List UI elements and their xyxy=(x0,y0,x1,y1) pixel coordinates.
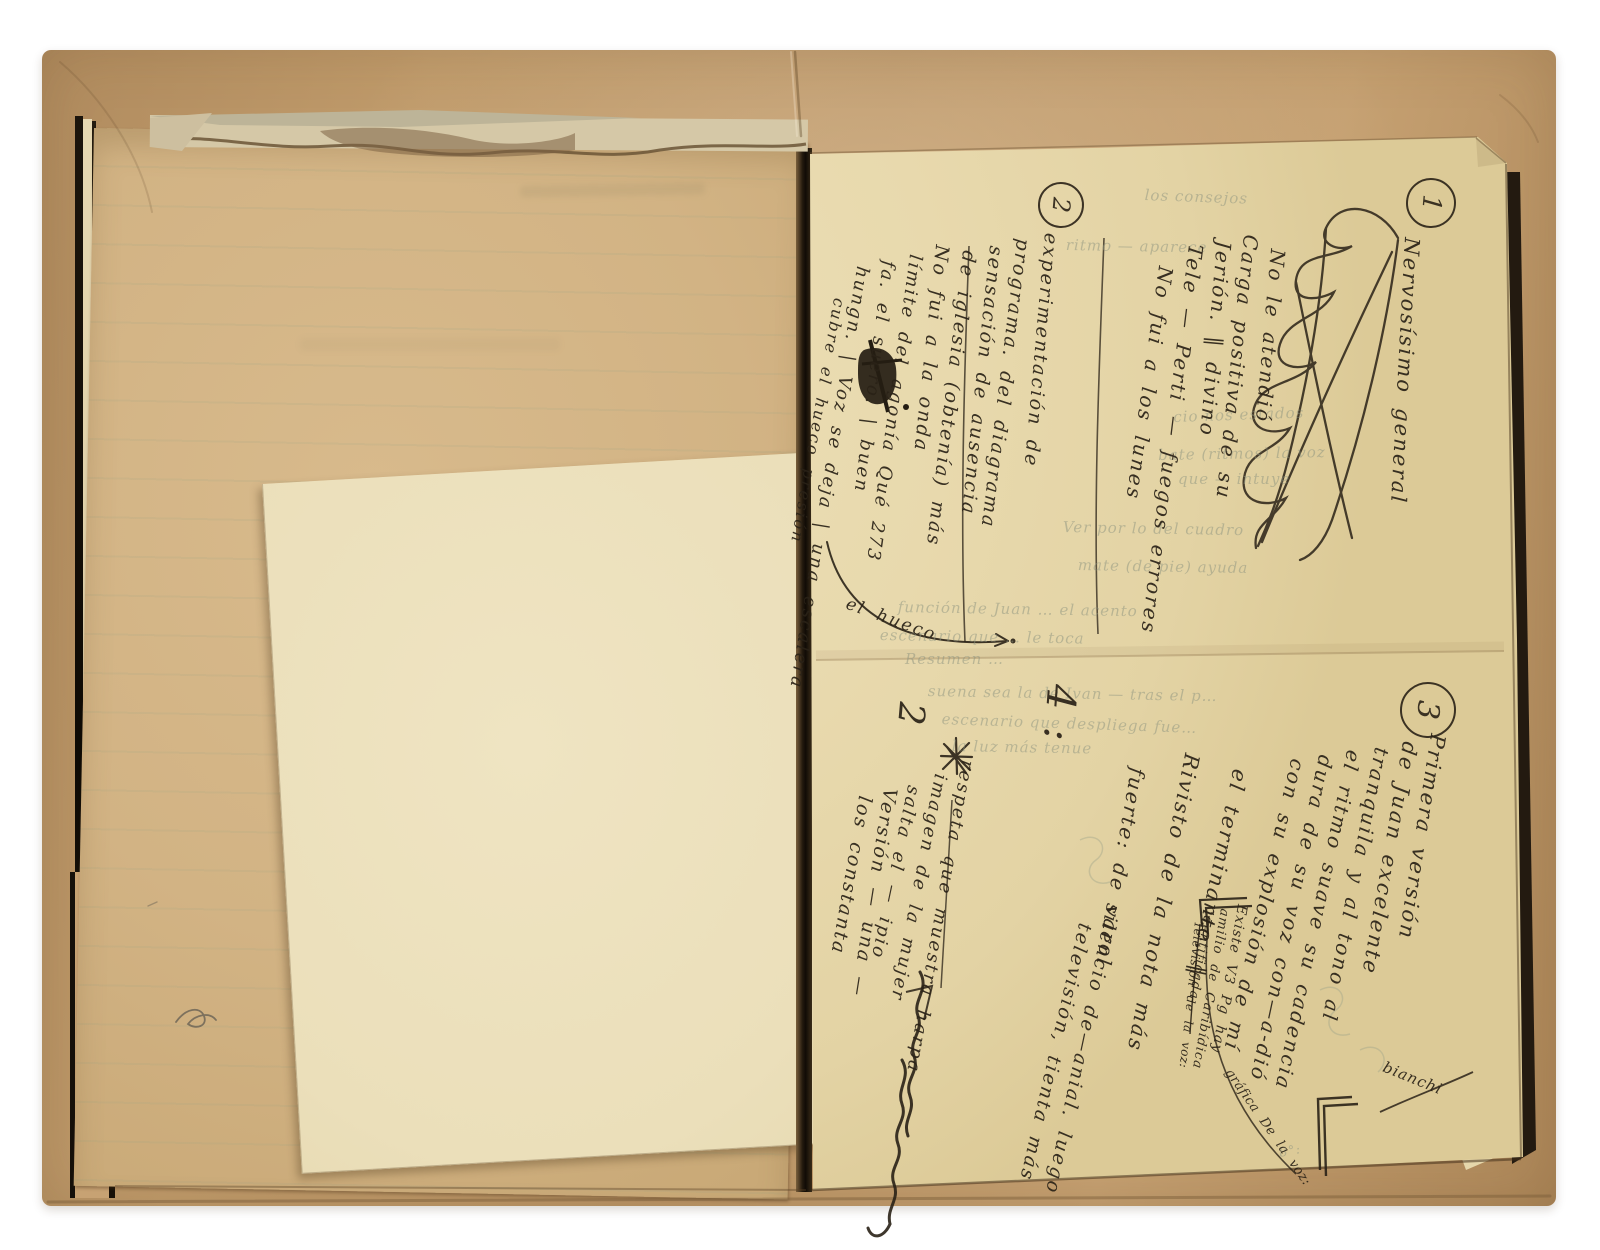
hw-numeral-2: 2 xyxy=(889,700,932,726)
cream-sheet xyxy=(262,453,847,1174)
ghost-line: los consejos xyxy=(1144,186,1248,208)
scanned-folder-photo: los consejos ritmo — aparece cio nos est… xyxy=(0,0,1600,1250)
ghost-text-smudge xyxy=(300,338,560,351)
hw-numeral-4: 4 : xyxy=(1034,683,1084,743)
ghost-line: Resumen … xyxy=(905,650,1004,668)
